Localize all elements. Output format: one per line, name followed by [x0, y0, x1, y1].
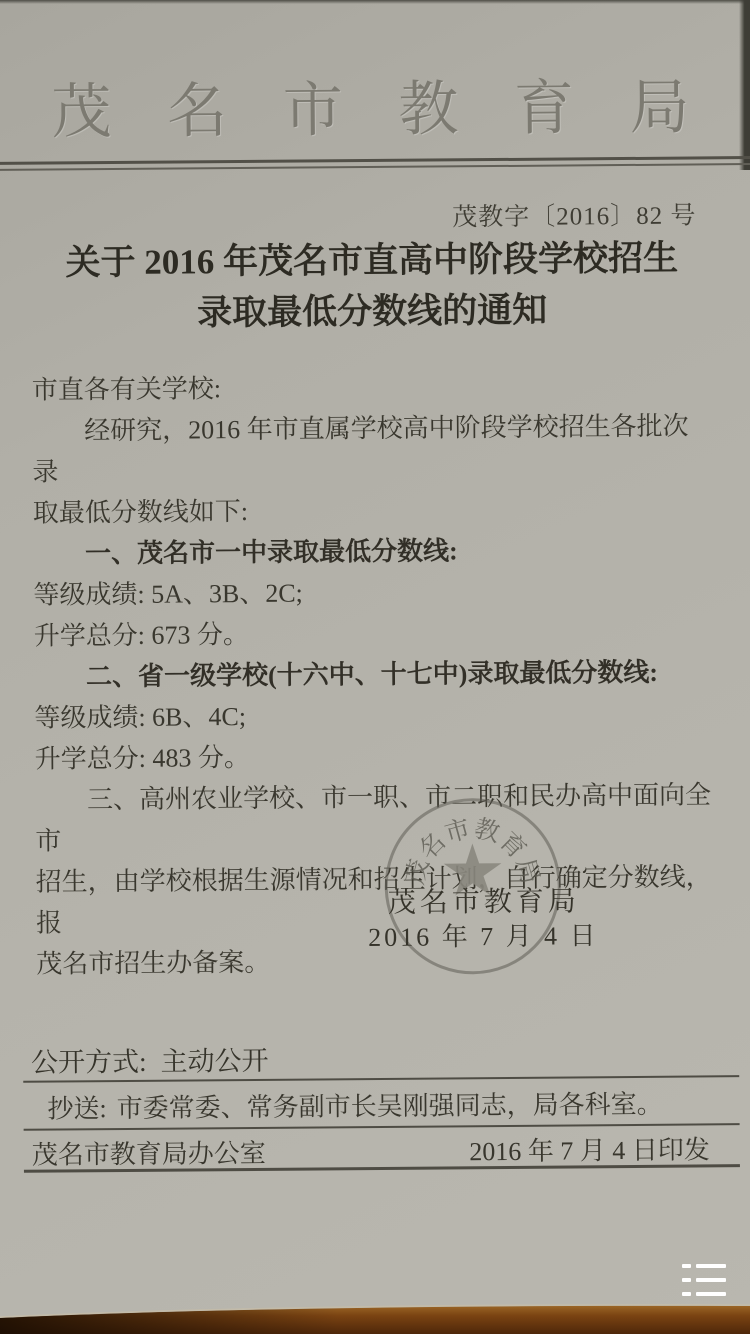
document-content: 茂 名 市 教 育 局 茂教字〔2016〕82 号 关于 2016 年茂名市直高… — [0, 0, 750, 1334]
seal-char: 名 — [409, 823, 446, 860]
body-paragraph: 三、高州农业学校、市一职、市二职和民办高中面向全市 — [35, 774, 712, 861]
disclosure-method-row: 公开方式:主动公开 — [31, 1039, 269, 1080]
cc-label: 抄送: — [47, 1094, 106, 1123]
document-photo: 茂 名 市 教 育 局 茂教字〔2016〕82 号 关于 2016 年茂名市直高… — [0, 0, 750, 1334]
agency-char: 局 — [629, 60, 690, 146]
issuing-office: 茂名市教育局办公室 — [32, 1133, 266, 1172]
body-paragraph: 二、省一级学校(十六中、十七中)录取最低分数线: — [34, 651, 710, 697]
body-paragraph: 等级成绩: 5A、3B、2C; — [33, 569, 709, 615]
letterhead-agency-name: 茂 名 市 教 育 局 — [51, 60, 690, 151]
body-paragraph: 市直各有关学校: — [32, 364, 708, 410]
disclosure-value: 主动公开 — [160, 1046, 268, 1077]
seal-char: 教 — [473, 808, 505, 840]
notice-body: 市直各有关学校: 经研究，2016 年市直属学校高中阶段学校招生各批次录 取最低… — [32, 364, 713, 984]
seal-char: 育 — [499, 822, 536, 859]
disclosure-label: 公开方式: — [31, 1047, 147, 1078]
agency-char: 育 — [514, 60, 575, 146]
desk-edge — [0, 1294, 750, 1334]
body-paragraph: 一、茂名市一中录取最低分数线: — [33, 528, 709, 574]
list-menu-icon[interactable] — [682, 1264, 726, 1306]
agency-char: 名 — [167, 63, 228, 149]
notice-title-line2: 录取最低分数线的通知 — [0, 283, 750, 340]
agency-char: 市 — [282, 62, 343, 148]
agency-char: 茂 — [51, 64, 112, 150]
body-paragraph: 取最低分数线如下: — [33, 487, 709, 533]
agency-char: 教 — [398, 61, 459, 147]
cc-row: 抄送:市委常委、常务副市长吴刚强同志，局各科室。 — [47, 1084, 663, 1126]
body-paragraph: 升学总分: 673 分。 — [34, 610, 710, 656]
seal-char: 市 — [440, 809, 472, 841]
body-paragraph: 经研究，2016 年市直属学校高中阶段学校招生各批次录 — [32, 405, 709, 492]
document-number: 茂教字〔2016〕82 号 — [452, 195, 697, 233]
print-date: 2016 年 7 月 4 日印发 — [469, 1129, 710, 1168]
body-paragraph: 升学总分: 483 分。 — [35, 733, 711, 779]
body-paragraph: 等级成绩: 6B、4C; — [34, 692, 710, 738]
notice-title-line1: 关于 2016 年茂名市直高中阶段学校招生 — [0, 232, 750, 289]
signature-date: 2016 年 7 月 4 日 — [368, 915, 599, 954]
cc-value: 市委常委、常务副市长吴刚强同志，局各科室。 — [117, 1090, 663, 1123]
notice-title: 关于 2016 年茂名市直高中阶段学校招生 录取最低分数线的通知 — [0, 232, 750, 340]
letterhead-divider — [0, 156, 750, 171]
